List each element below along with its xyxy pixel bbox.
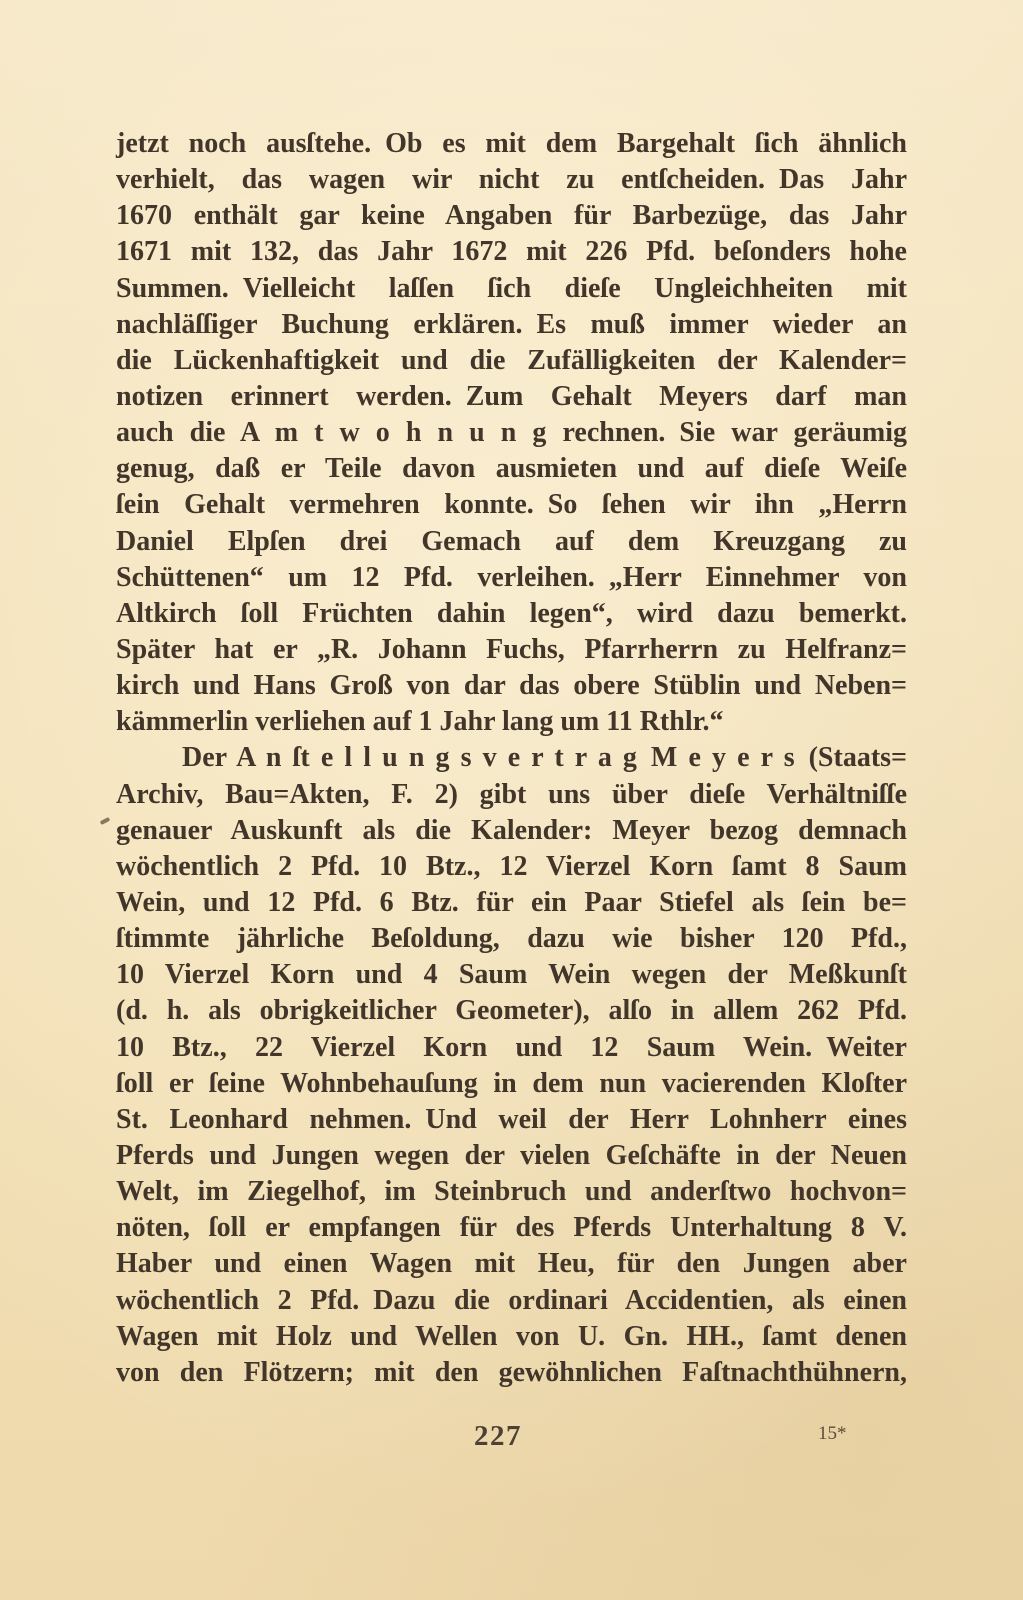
text-line: ſtimmte jährliche Beſoldung, dazu wie bi…: [116, 921, 907, 957]
text-line: nachläſſiger Buchung erklären. Es muß im…: [116, 307, 907, 343]
text-line: Schüttenen“ um 12 Pfd. verleihen. „Herr …: [116, 560, 907, 596]
text-line: (d. h. als obrigkeitlicher Geometer), al…: [116, 993, 907, 1029]
text-line: Wagen mit Holz und Wellen von U. Gn. HH.…: [116, 1319, 907, 1355]
signature-mark: 15*: [818, 1423, 847, 1445]
text-line: Welt, im Ziegelhof, im Steinbruch und an…: [116, 1174, 907, 1210]
text-line: wöchentlich 2 Pfd. 10 Btz., 12 Vierzel K…: [116, 849, 907, 885]
text-line: nöten, ſoll er empfangen für des Pferds …: [116, 1210, 907, 1246]
body-text: jetzt noch ausſtehe. Ob es mit dem Barge…: [116, 126, 907, 1391]
text-line: kirch und Hans Groß von dar das obere St…: [116, 668, 907, 704]
text-line: Altkirch ſoll Früchten dahin legen“, wir…: [116, 596, 907, 632]
text-line: kämmerlin verliehen auf 1 Jahr lang um 1…: [116, 704, 907, 740]
page-number: 227: [474, 1420, 522, 1453]
text-line: Haber und einen Wagen mit Heu, für den J…: [116, 1246, 907, 1282]
text-line: 10 Vierzel Korn und 4 Saum Wein wegen de…: [116, 957, 907, 993]
text-line: ſein Gehalt vermehren konnte. So ſehen w…: [116, 487, 907, 523]
ink-speck: [100, 817, 111, 825]
text-line: jetzt noch ausſtehe. Ob es mit dem Barge…: [116, 126, 907, 162]
text-line: Der A n ſt e l l u n g s v e r t r a g M…: [116, 740, 907, 776]
text-line: Summen. Vielleicht laſſen ſich dieſe Ung…: [116, 271, 907, 307]
text-line: Später hat er „R. Johann Fuchs, Pfarrher…: [116, 632, 907, 668]
text-line: Archiv, Bau=Akten, F. 2) gibt uns über d…: [116, 777, 907, 813]
text-line: ſoll er ſeine Wohnbehauſung in dem nun v…: [116, 1066, 907, 1102]
text-line: Wein, und 12 Pfd. 6 Btz. für ein Paar St…: [116, 885, 907, 921]
text-line: notizen erinnert werden. Zum Gehalt Meye…: [116, 379, 907, 415]
book-page: jetzt noch ausſtehe. Ob es mit dem Barge…: [0, 0, 1023, 1600]
text-line: auch die A m t w o h n u n g rechnen. Si…: [116, 415, 907, 451]
text-line: verhielt, das wagen wir nicht zu entſche…: [116, 162, 907, 198]
text-line: 1671 mit 132, das Jahr 1672 mit 226 Pfd.…: [116, 234, 907, 270]
text-line: Daniel Elpſen drei Gemach auf dem Kreuzg…: [116, 524, 907, 560]
text-line: genug, daß er Teile davon ausmieten und …: [116, 451, 907, 487]
text-line: Pferds und Jungen wegen der vielen Geſch…: [116, 1138, 907, 1174]
text-line: 10 Btz., 22 Vierzel Korn und 12 Saum Wei…: [116, 1030, 907, 1066]
text-line: die Lückenhaftigkeit und die Zufälligkei…: [116, 343, 907, 379]
text-line: St. Leonhard nehmen. Und weil der Herr L…: [116, 1102, 907, 1138]
text-line: wöchentlich 2 Pfd. Dazu die ordinari Acc…: [116, 1283, 907, 1319]
text-line: 1670 enthält gar keine Angaben für Barbe…: [116, 198, 907, 234]
text-line: von den Flötzern; mit den gewöhnlichen F…: [116, 1355, 907, 1391]
text-line: genauer Auskunft als die Kalender: Meyer…: [116, 813, 907, 849]
